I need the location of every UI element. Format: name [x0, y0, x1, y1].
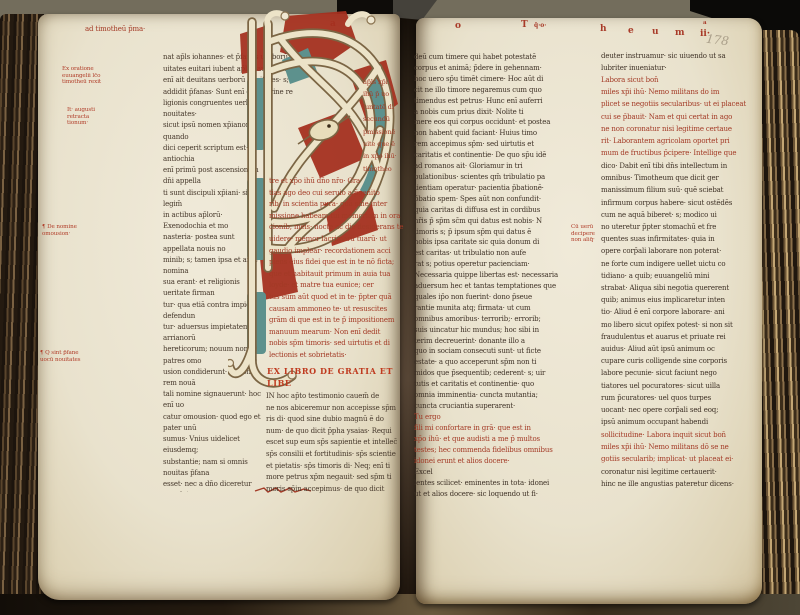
running-title-letter: m [675, 28, 685, 38]
right-col2-scripture-red-2: sollicitudine· Labora inquit sicut bon̄ … [601, 429, 758, 466]
running-title-letter: T [521, 20, 528, 30]
marginal-note: It· augusti retracta tionum· [67, 107, 113, 127]
right-col2-scripture-red: Labora sicut bon̄ miles xp̄i ihū· Nemo m… [601, 74, 758, 160]
scripture-red-narrow: ap̄ls xp̄i ihū p̄ uo luntatē di secundū … [363, 76, 409, 176]
marginal-note: Ex oratione euuangelii lc̄o timotheū rex… [62, 66, 114, 86]
running-title-letter: o [455, 21, 461, 31]
running-title-letter: e [628, 26, 634, 36]
right-col2-commentary: dico· Dabit enī tibi dn̄s intellectum in… [601, 160, 758, 429]
right-col1-scripture-red: Tu ergo fili mi confortare in grā· que e… [414, 412, 592, 467]
scripture-red: tre et xp̄o ihū dn̄o nr̄o· Gra tias ago … [269, 176, 409, 363]
intercolumn-gloss-note: Cū uerū decipere non aliq̄· [571, 224, 601, 244]
right-col1-commentary-end: Excel lentes scilicet· eminentes in tota… [414, 467, 592, 501]
manuscript-photo: ad timotheū p̄ma· a d Ex oratione euuang… [0, 0, 800, 615]
marginal-note: ¶ Q̄ sint p̄fane uocū nouitates [40, 350, 104, 363]
marginal-note: ¶ De nomine omousion· [42, 224, 100, 237]
running-title-letter: u [652, 27, 659, 37]
right-col1-commentary: deū cum timere qui habet potestatē corpu… [414, 52, 592, 412]
chapter-heading: ad timotheū p̄ma· [85, 25, 175, 33]
folio-number: 178 [705, 32, 729, 49]
commentary-text: IN hoc ap̄to testimonio cauem̄ de ne nos… [266, 391, 408, 497]
running-title-superscript: a [703, 20, 707, 26]
right-col2-opening: deuter instruamur· sic uiuendo ut sa lub… [601, 50, 758, 75]
section-rubric: EX LIBRO DE GRATIA ET LIBE RO ARBITRIO· [267, 366, 409, 390]
running-title-letter: h [600, 24, 607, 34]
right-col2-closing: coronatur nisi legitime certauerit· hinc… [601, 466, 758, 492]
running-title-letter: q̄·o· [534, 22, 546, 29]
